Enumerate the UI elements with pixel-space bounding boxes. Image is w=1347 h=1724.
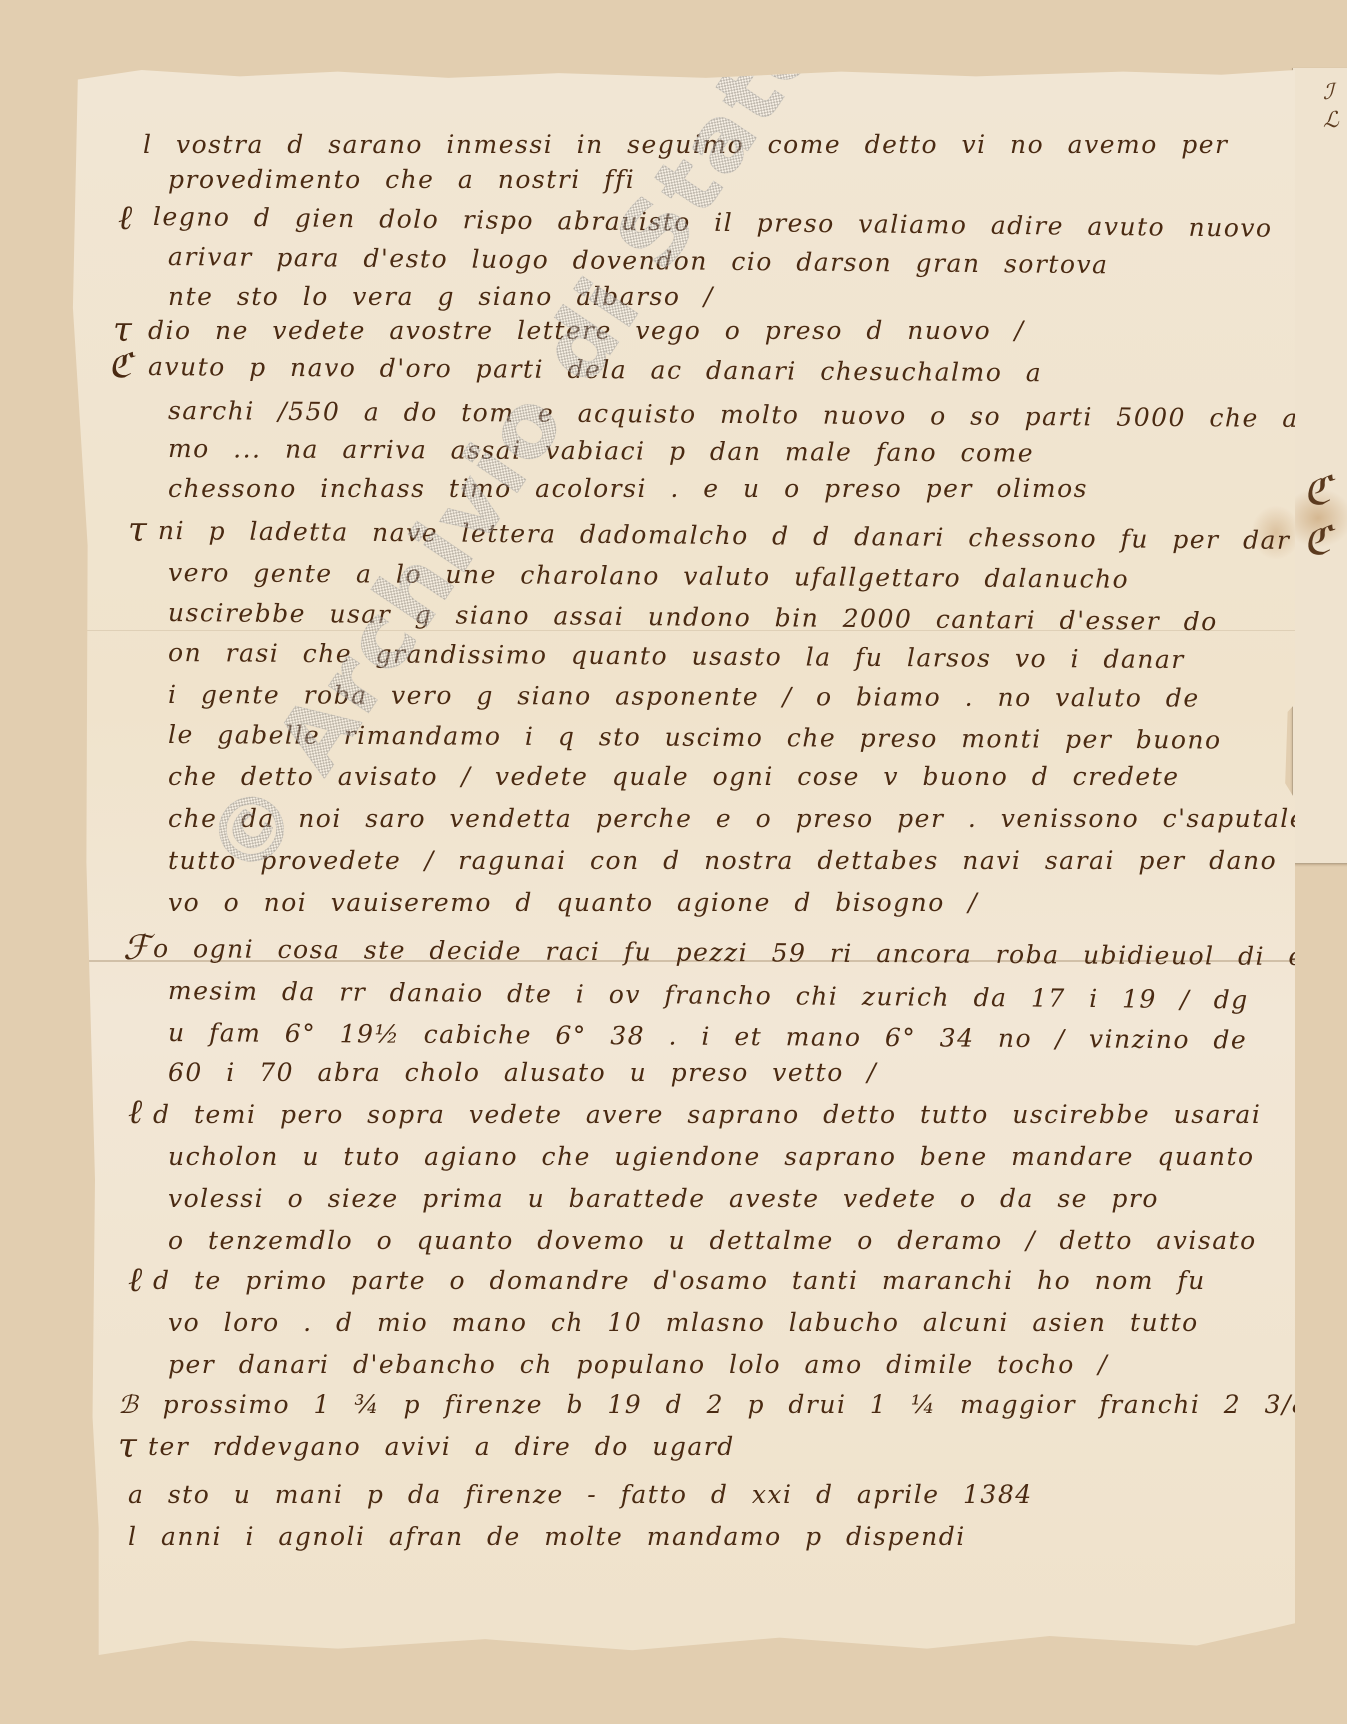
paragraph-mark: ℓ	[128, 1092, 142, 1132]
text-line: o tenzemdlo o quanto dovemo u dettalme o…	[168, 1226, 1257, 1255]
text-line: o ogni cosa ste decide raci fu pezzi 59 …	[153, 934, 1347, 972]
text-line: che da noi saro vendetta perche e o pres…	[168, 804, 1306, 833]
paragraph-mark: ℱ	[123, 928, 150, 968]
back-page-edge: ℐ ℒ ℭ ℭ	[1292, 68, 1347, 864]
text-line: legno d gien dolo rispo abrauisto il pre…	[153, 202, 1273, 243]
paragraph-mark: ℓ	[128, 1260, 142, 1300]
text-line: avuto p navo d'oro parti dela ac danari …	[148, 352, 1042, 387]
text-line: le gabelle rimandamo i q sto uscimo che …	[168, 720, 1222, 755]
date-line: a sto u mani p da firenze - fatto d xxi …	[128, 1480, 1033, 1509]
text-line: vo o noi vauiseremo d quanto agione d bi…	[168, 888, 978, 917]
back-page-mark: ℐ	[1323, 80, 1333, 105]
text-line: l vostra d sarano inmessi in seguimo com…	[143, 130, 1228, 159]
back-page-mark: ℭ	[1303, 518, 1331, 564]
text-line: ter rddevgano avivi a dire do ugard	[148, 1432, 735, 1461]
paragraph-mark: ℓ	[118, 198, 132, 238]
handwritten-text: l vostra d sarano inmessi in seguimo com…	[68, 70, 1295, 1655]
text-line: arivar para d'esto luogo dovendon cio da…	[168, 242, 1109, 279]
text-line: 60 i 70 abra cholo alusato u preso vetto…	[168, 1058, 877, 1087]
paragraph-mark: τ	[128, 510, 147, 550]
text-line: che detto avisato / vedete quale ogni co…	[168, 762, 1180, 791]
paragraph-mark: τ	[113, 310, 132, 350]
paragraph-mark: τ	[118, 1426, 137, 1466]
text-line: provedimento che a nostri ffi	[168, 165, 635, 194]
text-line: u fam 6° 19½ cabiche 6° 38 . i et mano 6…	[168, 1018, 1247, 1055]
text-line: vo loro . d mio mano ch 10 mlasno labuch…	[168, 1308, 1199, 1337]
text-line: dio ne vedete avostre lettere vego o pre…	[148, 316, 1025, 345]
text-line: ucholon u tuto agiano che ugiendone sapr…	[168, 1142, 1255, 1171]
text-line: d te primo parte o domandre d'osamo tant…	[153, 1266, 1206, 1295]
text-line: volessi o sieze prima u barattede aveste…	[168, 1184, 1159, 1213]
text-line: nte sto lo vera g siano albarso /	[168, 282, 714, 311]
manuscript-page: l vostra d sarano inmessi in seguimo com…	[68, 70, 1295, 1655]
text-line: uscirebbe usar g siano assai undono bin …	[168, 598, 1218, 636]
text-line: i gente roba vero g siano asponente / o …	[168, 680, 1200, 713]
text-line: per danari d'ebancho ch populano lolo am…	[168, 1350, 1108, 1379]
text-line: sarchi /550 a do tom e acquisto molto nu…	[168, 396, 1347, 433]
paragraph-mark: ℭ	[108, 346, 132, 386]
text-line: on rasi che grandissimo quanto usasto la…	[168, 638, 1185, 674]
back-page-mark: ℭ	[1303, 468, 1331, 514]
text-line: mesim da rr danaio dte i ov francho chi …	[168, 976, 1249, 1014]
text-line: d temi pero sopra vedete avere saprano d…	[153, 1100, 1261, 1129]
text-line: tutto provedete / ragunai con d nostra d…	[168, 846, 1277, 875]
text-line: ℬ prossimo 1 ¾ p firenze b 19 d 2 p drui…	[118, 1390, 1309, 1419]
text-line: l anni i agnoli afran de molte mandamo p…	[128, 1522, 966, 1551]
text-line: vero gente a lo une charolano valuto ufa…	[168, 558, 1129, 594]
text-line: chessono inchass timo acolorsi . e u o p…	[168, 474, 1088, 503]
back-page-mark: ℒ	[1323, 108, 1339, 133]
text-line: mo ... na arriva assai vabiaci p dan mal…	[168, 434, 1034, 468]
text-line: ni p ladetta nave lettera dadomalcho d d…	[158, 516, 1291, 555]
